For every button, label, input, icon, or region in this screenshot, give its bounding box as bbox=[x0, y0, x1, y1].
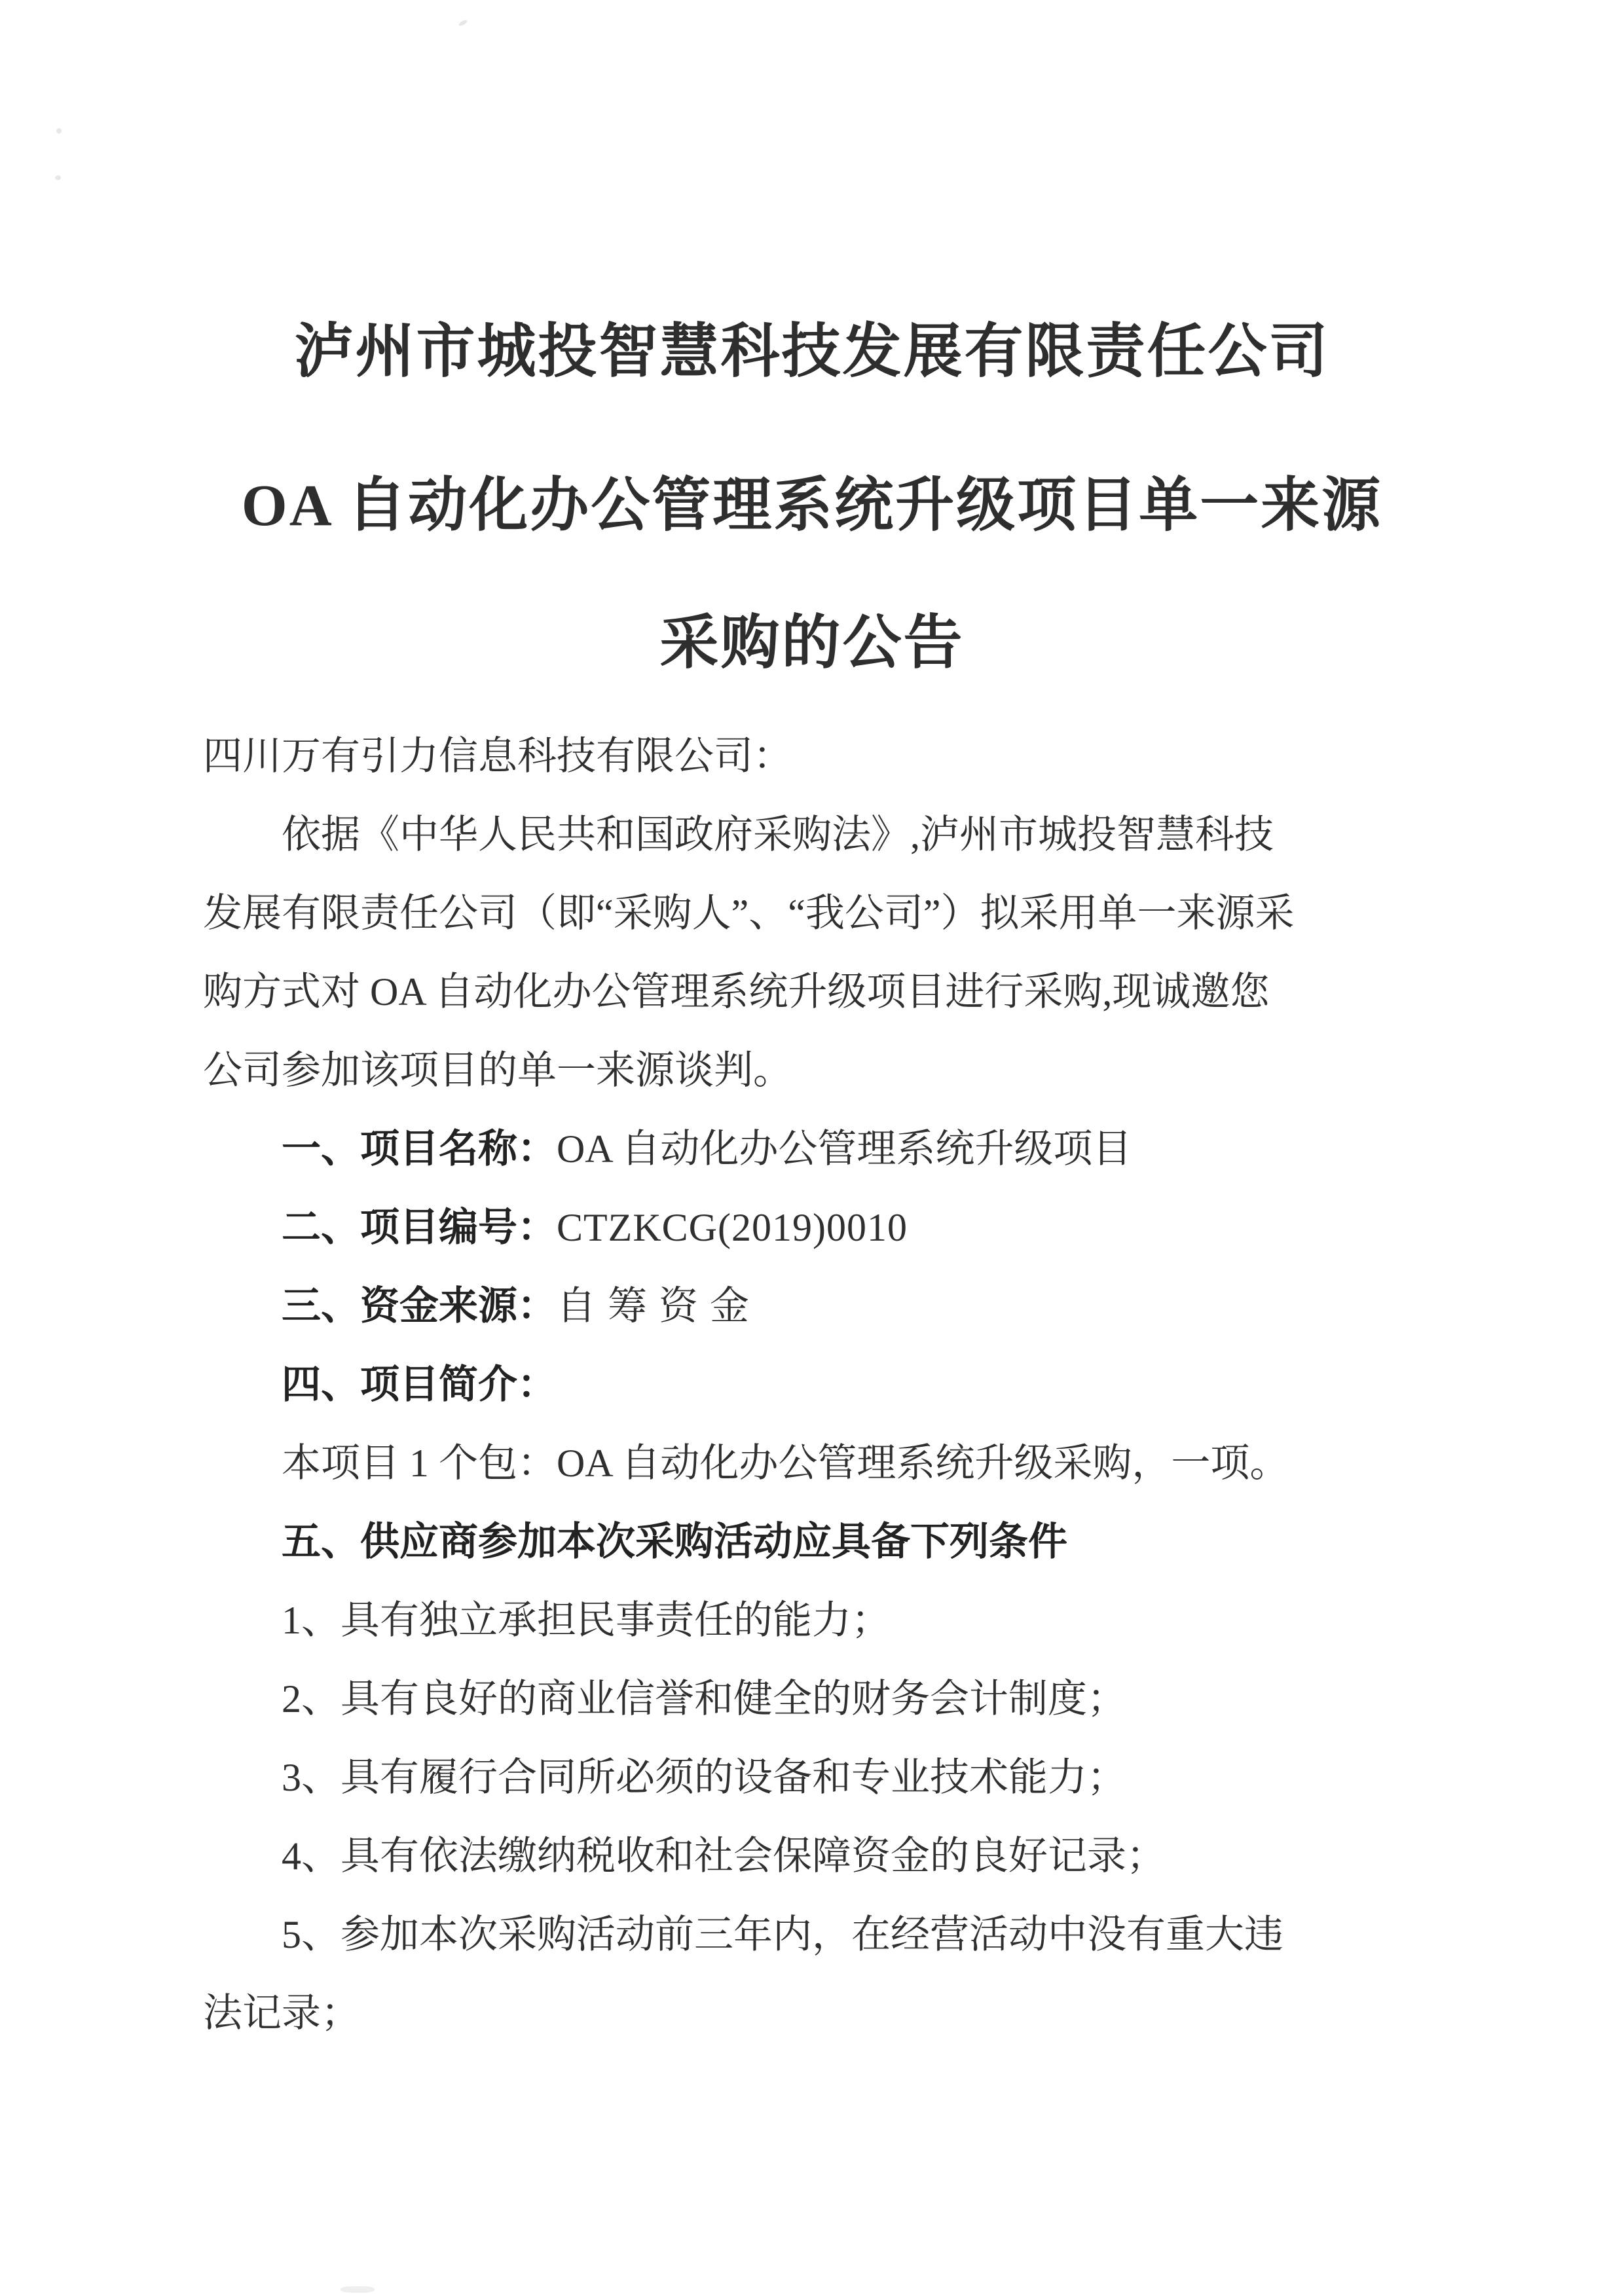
intro-line-1: 依据《中华人民共和国政府采购法》,泸州市城投智慧科技 bbox=[203, 795, 1421, 874]
scan-speck bbox=[341, 2286, 375, 2293]
condition-2: 2、具有良好的商业信誉和健全的财务会计制度； bbox=[203, 1660, 1421, 1738]
scan-speck bbox=[55, 175, 61, 180]
condition-3: 3、具有履行合同所必须的设备和专业技术能力； bbox=[203, 1738, 1421, 1817]
item-funding-source: 三、资金来源：自筹资金 bbox=[203, 1267, 1421, 1345]
project-name-label: 一、项目名称： bbox=[282, 1127, 557, 1171]
funding-source-label: 三、资金来源： bbox=[282, 1284, 557, 1328]
condition-5-line-2: 法记录； bbox=[203, 1974, 1421, 2052]
scan-speck bbox=[56, 128, 62, 134]
title-line-3: 采购的公告 bbox=[0, 612, 1624, 674]
supplier-requirements-heading: 五、供应商参加本次采购活动应具备下列条件 bbox=[203, 1503, 1421, 1581]
project-name-value: OA 自动化办公管理系统升级项目 bbox=[557, 1127, 1132, 1171]
document-title: 泸州市城投智慧科技发展有限责任公司 OA 自动化办公管理系统升级项目单一来源 采… bbox=[0, 0, 1624, 674]
addressee-line: 四川万有引力信息科技有限公司： bbox=[203, 717, 1421, 795]
project-number-label: 二、项目编号： bbox=[282, 1205, 557, 1249]
intro-line-2: 发展有限责任公司（即“采购人”、“我公司”）拟采用单一来源采 bbox=[203, 874, 1421, 953]
intro-line-4: 公司参加该项目的单一来源谈判。 bbox=[203, 1031, 1421, 1110]
condition-4: 4、具有依法缴纳税收和社会保障资金的良好记录； bbox=[203, 1817, 1421, 1895]
scanned-document-page: 泸州市城投智慧科技发展有限责任公司 OA 自动化办公管理系统升级项目单一来源 采… bbox=[0, 0, 1624, 2296]
document-body: 四川万有引力信息科技有限公司： 依据《中华人民共和国政府采购法》,泸州市城投智慧… bbox=[203, 717, 1421, 2052]
title-line-1: 泸州市城投智慧科技发展有限责任公司 bbox=[0, 321, 1624, 383]
project-intro-description: 本项目 1 个包：OA 自动化办公管理系统升级采购，一项。 bbox=[203, 1424, 1421, 1503]
project-intro-label: 四、项目简介： bbox=[282, 1362, 557, 1406]
condition-5-line-1: 5、参加本次采购活动前三年内，在经营活动中没有重大违 bbox=[203, 1895, 1421, 1974]
project-number-value: CTZKCG(2019)0010 bbox=[557, 1206, 908, 1249]
intro-line-3: 购方式对 OA 自动化办公管理系统升级项目进行采购,现诚邀您 bbox=[203, 953, 1421, 1031]
item-project-number: 二、项目编号：CTZKCG(2019)0010 bbox=[203, 1188, 1421, 1267]
funding-source-value: 自筹资金 bbox=[557, 1285, 761, 1328]
title-line-2: OA 自动化办公管理系统升级项目单一来源 bbox=[0, 475, 1624, 537]
condition-1: 1、具有独立承担民事责任的能力； bbox=[203, 1581, 1421, 1660]
item-project-intro: 四、项目简介： bbox=[203, 1345, 1421, 1424]
item-project-name: 一、项目名称：OA 自动化办公管理系统升级项目 bbox=[203, 1110, 1421, 1188]
